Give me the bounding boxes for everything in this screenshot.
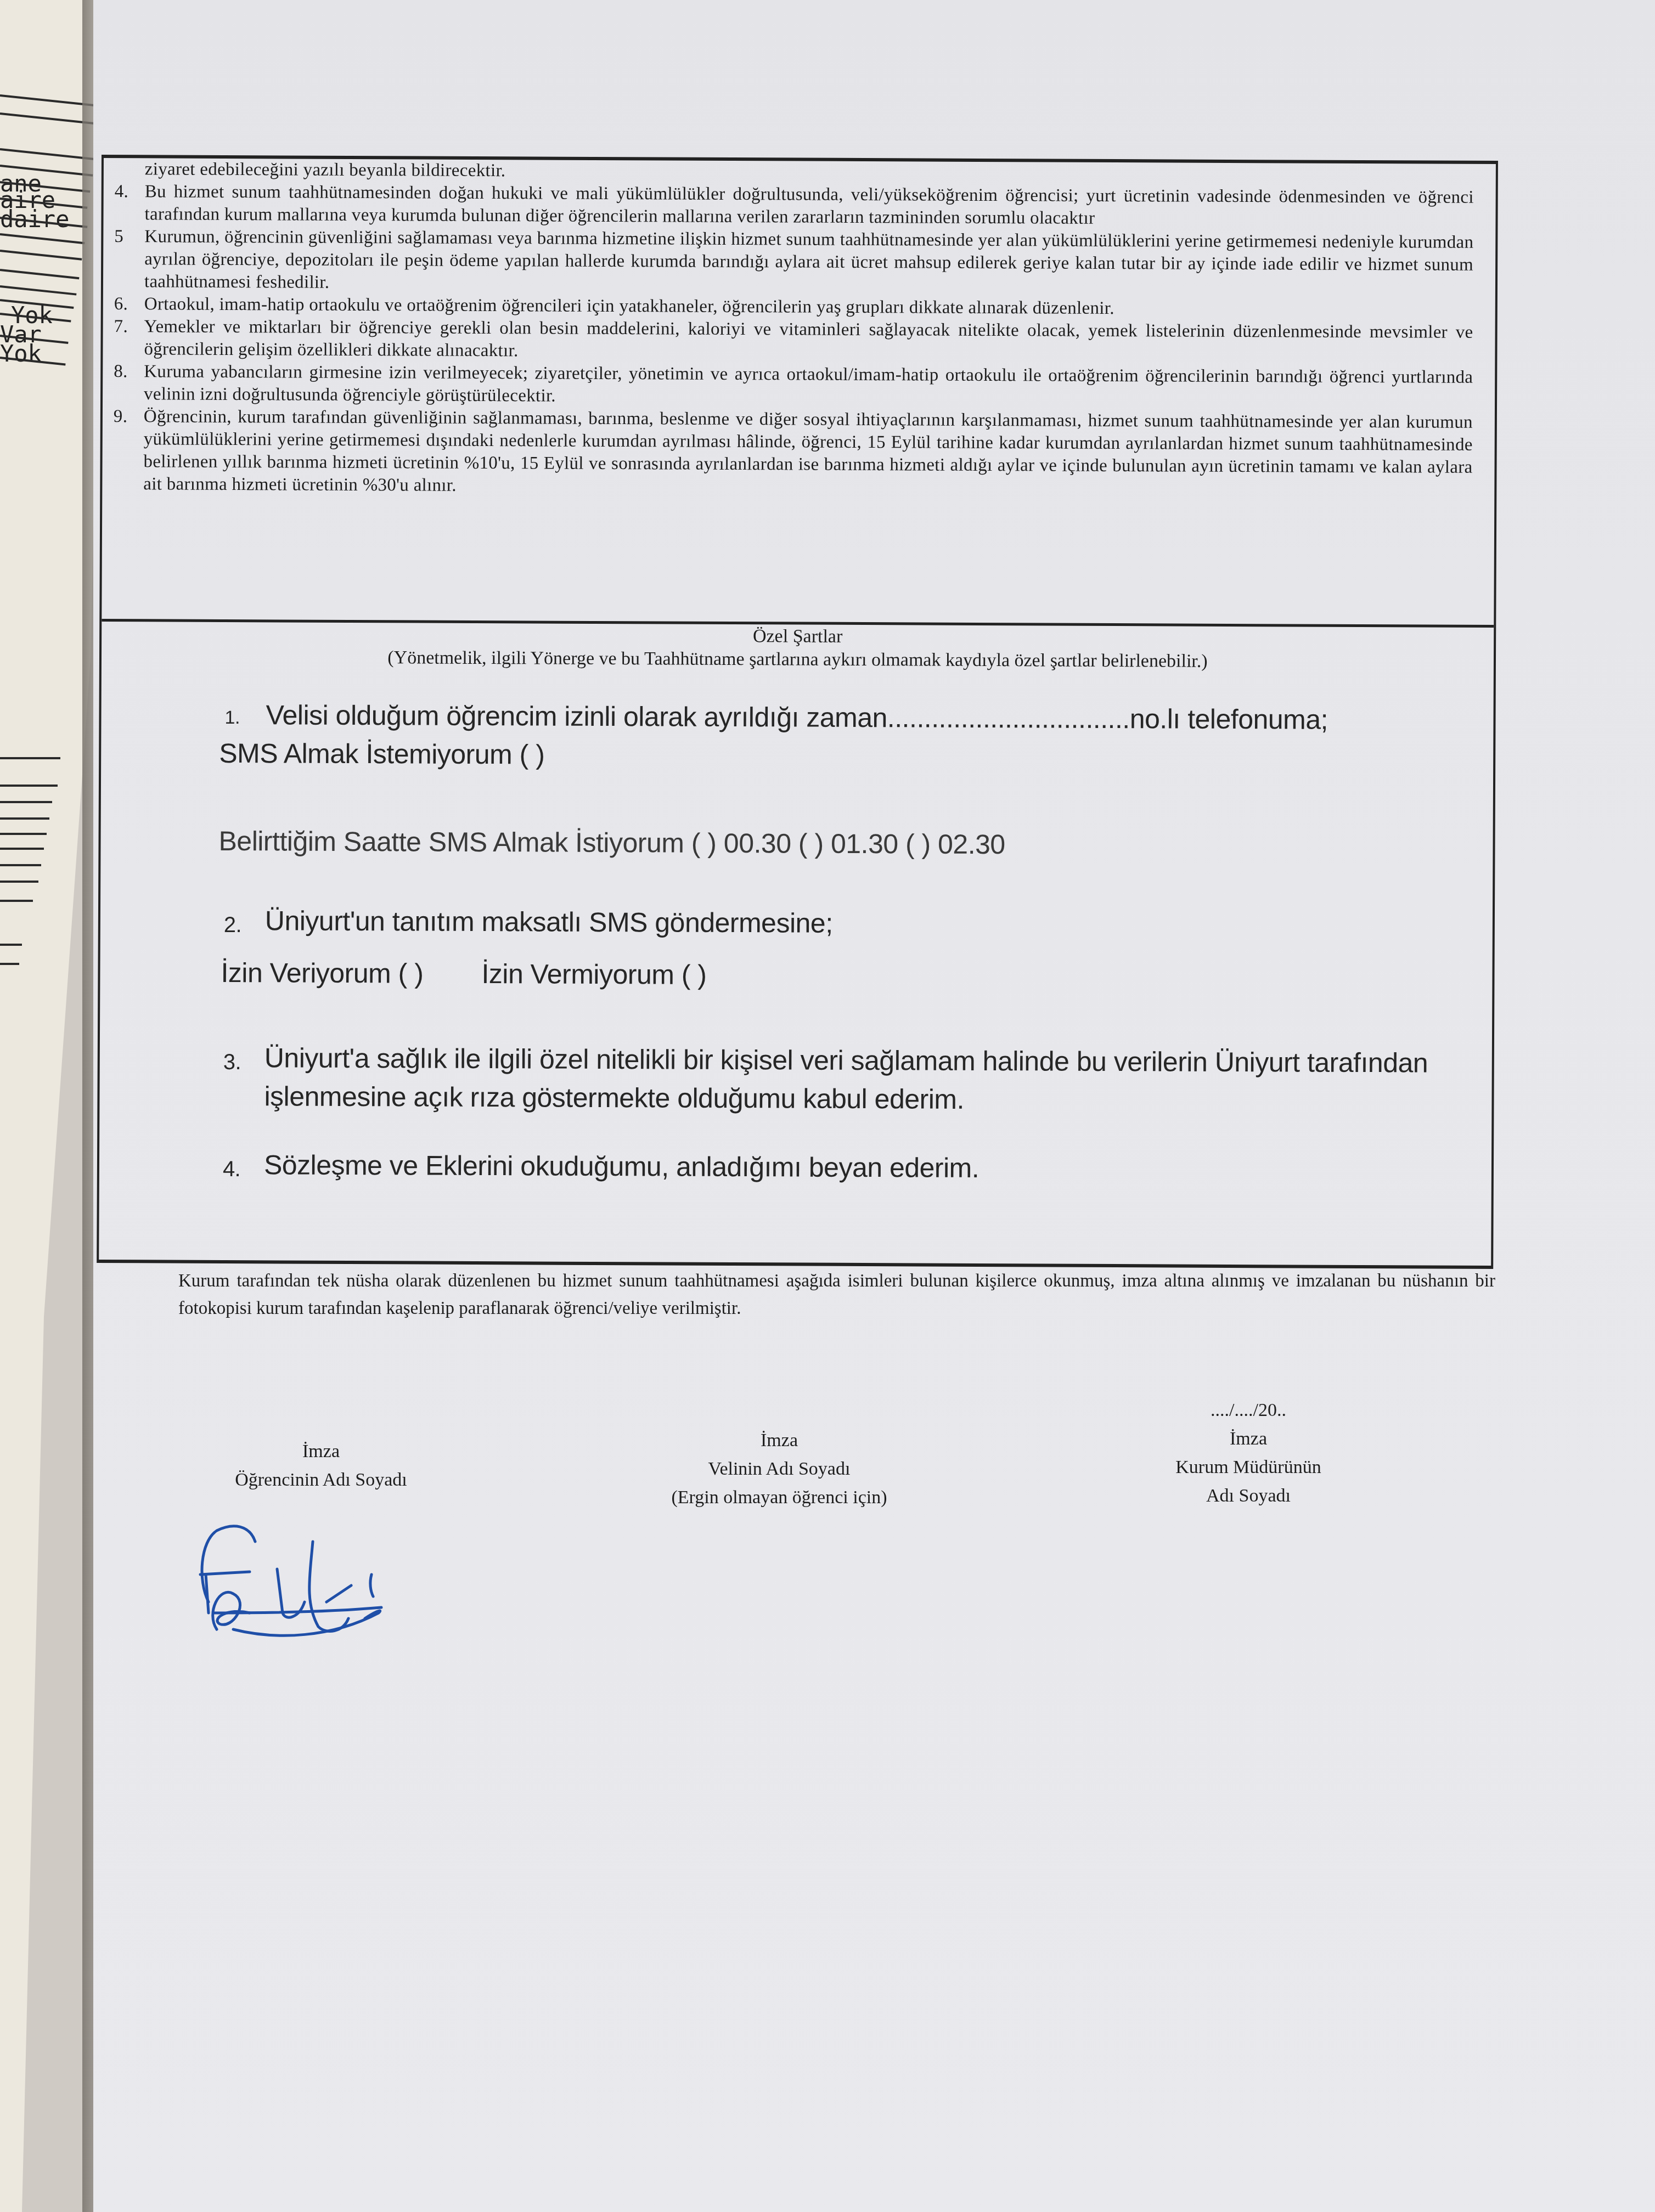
parent-signature-block: İmza Velinin Adı Soyadı (Ergin olmayan ö… [615,1426,944,1512]
date-field[interactable]: ..../..../20.. [1125,1396,1372,1425]
handwritten-signature [167,1520,398,1646]
item-number: 4. [223,1157,241,1182]
consent-yes-checkbox[interactable]: İzin Veriyorum ( ) [221,957,423,990]
director-title-label: Kurum Müdürünün [1125,1453,1372,1482]
table-rule [0,963,19,965]
table-rule [0,233,85,244]
health-data-consent-line2: işlenmesine açık rıza göstermekte olduğu… [264,1080,964,1115]
clause-9: 9. Öğrencinin, kurum tarafından güvenliğ… [146,405,1473,501]
clause-7: 7. Yemekler ve miktarları bir öğrenciye … [147,315,1473,366]
special-terms-title: Özel Şartlar [102,623,1494,650]
director-signature-block: ..../..../20.. İmza Kurum Müdürünün Adı … [1125,1396,1372,1510]
table-rule [0,285,76,296]
student-signature-block: İmza Öğrencinin Adı Soyadı [198,1437,444,1494]
parent-name-label: Velinin Adı Soyadı [615,1455,944,1483]
table-rule [0,944,22,946]
sms-time-options[interactable]: Belirttiğim Saatte SMS Almak İstiyorum (… [218,825,1005,860]
table-rule [0,250,82,261]
table-rule [0,881,38,883]
special-terms-subtitle: (Yönetmelik, ilgili Yönerge ve bu Taahhü… [102,646,1494,673]
agreement-statement: Sözleşme ve Eklerini okuduğumu, anladığı… [264,1149,979,1184]
table-rule [0,148,95,160]
parent-note: (Ergin olmayan öğrenci için) [615,1483,944,1512]
consent-no-checkbox[interactable]: İzin Vermiyorum ( ) [481,958,706,991]
health-data-consent-line1: Üniyurt'a sağlık ile ilgili özel nitelik… [264,1042,1428,1079]
table-rule [0,864,41,866]
clause-8: 8. Kuruma yabancıların girmesine izin ve… [147,360,1473,411]
terms-box: ziyaret edebileceğini yazılı beyanla bil… [97,155,1498,1269]
signature-label: İmza [198,1437,444,1466]
footnote: Kurum tarafından tek nüsha olarak düzenl… [178,1267,1495,1322]
table-rule [0,269,79,279]
item-number: 1. [224,707,240,729]
item-number: 2. [224,913,242,938]
table-rule [0,785,58,787]
student-name-label: Öğrencinin Adı Soyadı [198,1466,444,1494]
table-rule [0,848,44,850]
sms-optout-checkbox[interactable]: SMS Almak İstemiyorum ( ) [219,737,544,771]
clause-4: 4. Bu hizmet sunum taahhütnamesinden doğ… [147,180,1473,232]
fragment-text: Yok [0,340,42,367]
signature-label: İmza [1125,1425,1372,1453]
director-name-label: Adı Soyadı [1125,1482,1372,1510]
table-rule [0,801,52,803]
item-number: 3. [223,1050,241,1075]
sms-phone-line: Velisi olduğum öğrencim izinli olarak ay… [266,699,1328,735]
table-rule [0,900,33,902]
table-rule [0,817,49,820]
table-rule [0,757,60,759]
promo-sms-question: Üniyurt'un tanıtım maksatlı SMS gönderme… [265,905,833,939]
signature-label: İmza [615,1426,944,1455]
clauses-list: ziyaret edebileceğini yazılı beyanla bil… [146,158,1474,501]
clause-5: 5 Kurumun, öğrencinin güvenliğini sağlam… [147,225,1474,299]
table-rule [0,833,47,835]
